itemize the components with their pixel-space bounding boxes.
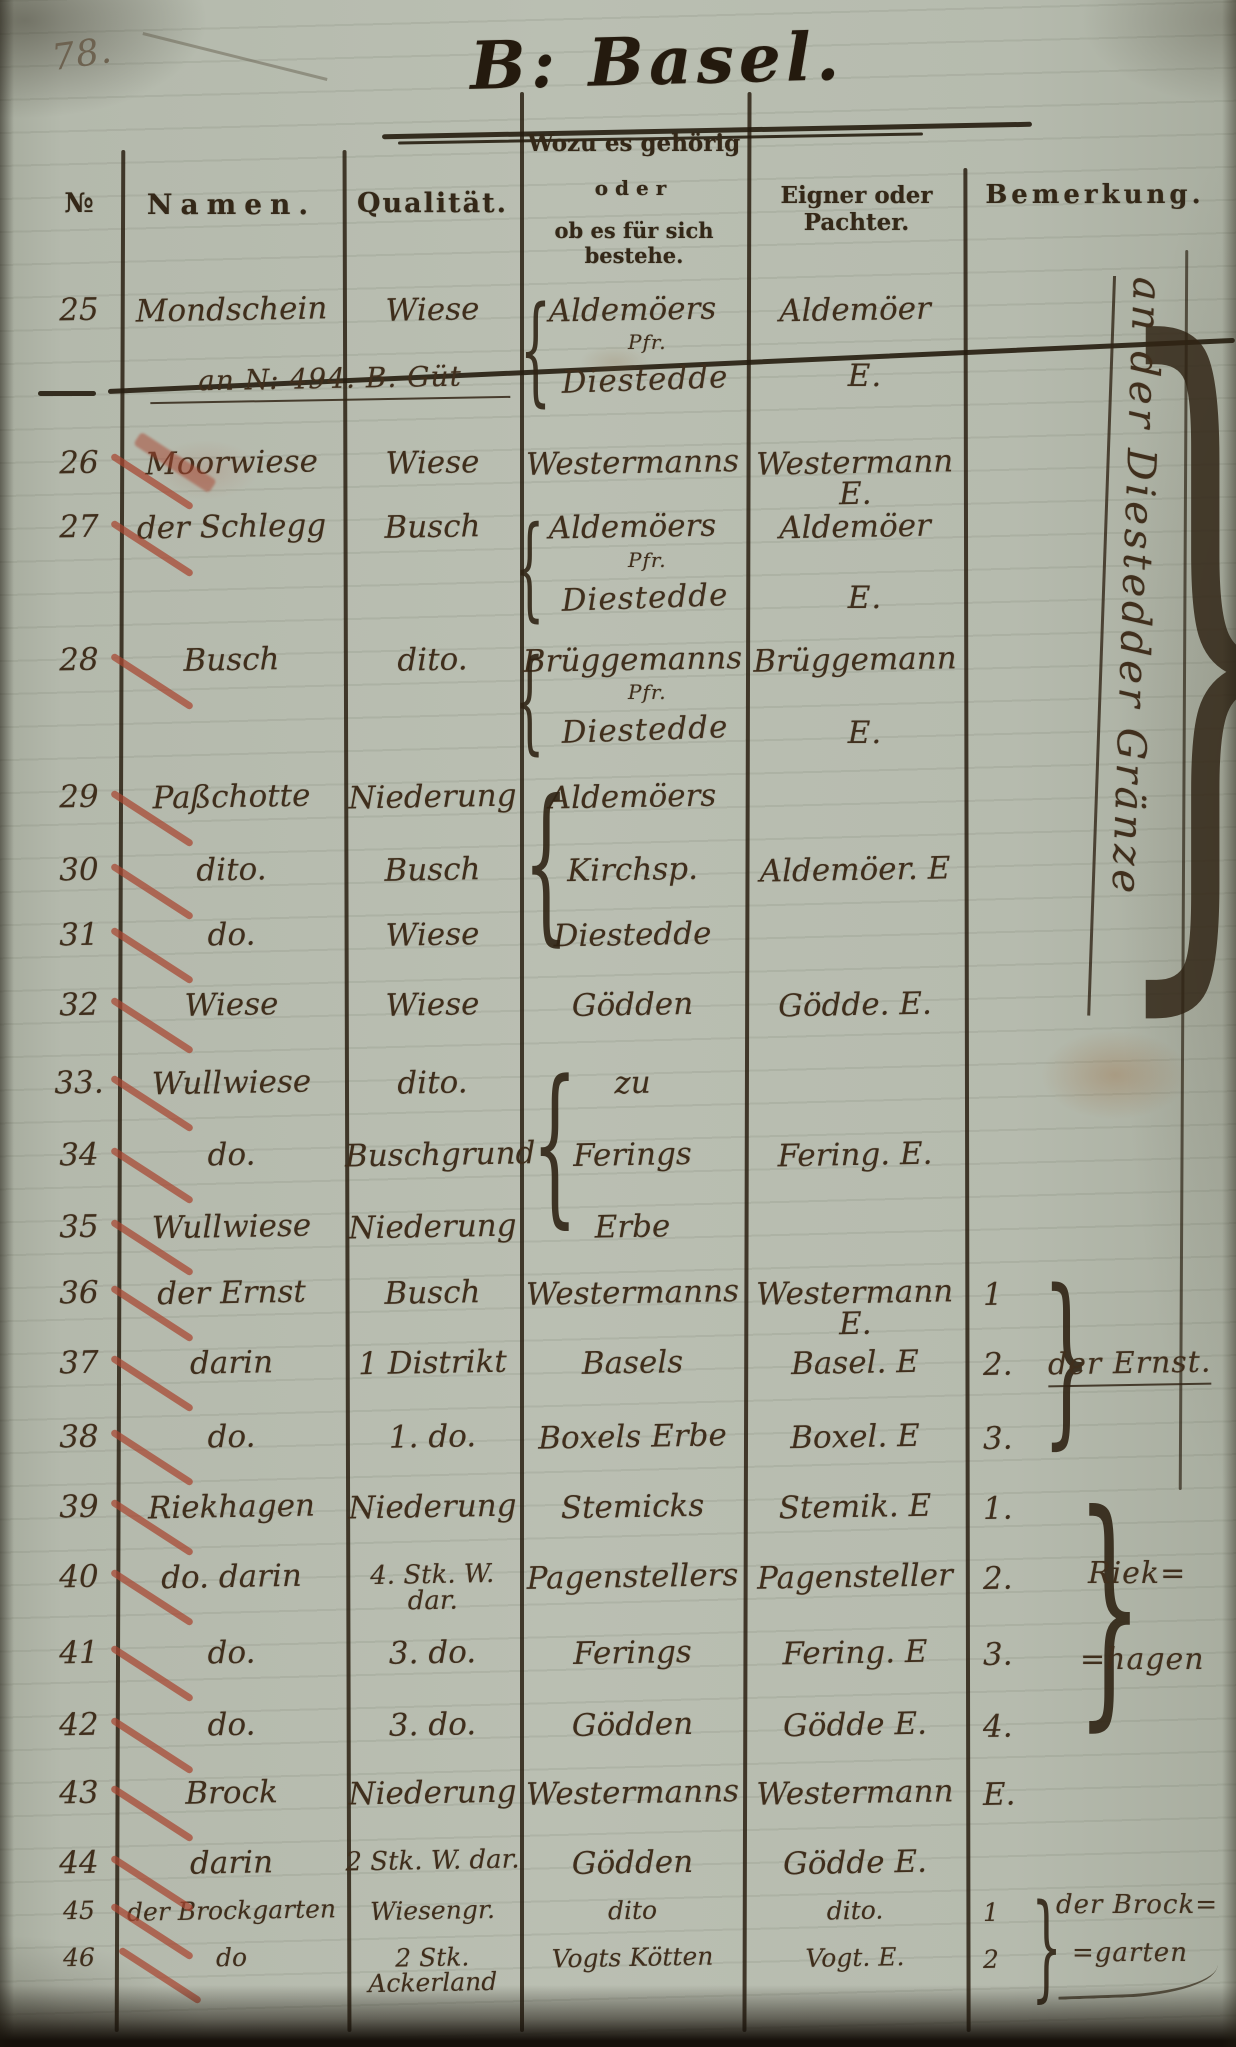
name-cell: Riekhagen [118,1490,346,1525]
row28-belonging-line2: Diestedde [544,709,745,752]
row27-parish-abbrev: Pfr. [628,548,667,572]
owner-cell: Boxel. E [745,1420,966,1455]
owner-cell: Gödde E. [745,1846,966,1881]
owner-cell: Fering. E. [745,1138,966,1173]
name-cell: der Schlegg [118,510,346,545]
owner-cell: Aldemöer [745,510,966,545]
owner-cell: Gödde. E. [745,988,966,1023]
name-cell: Brock [118,1776,346,1811]
row-number: 40 [40,1561,119,1593]
owner-cell [745,918,965,922]
name-cell: Wullwiese [118,1066,346,1101]
name-cell: Wiese [118,988,346,1023]
belonging-cell: Gödden [520,1846,746,1881]
row27-owner-line2: E. [755,580,975,616]
name-cell: Wullwiese [118,1210,346,1245]
header-no: № [40,188,118,219]
quality-cell: dito. [345,1066,521,1100]
owner-cell: Westermann E. [744,1276,965,1342]
quality-cell: Wiese [345,446,521,480]
owner-cell: Aldemöer. E [745,853,966,888]
owner-cell: dito. [745,1896,965,1925]
quality-cell: 2 Stk. W. dar. [345,1846,520,1875]
name-cell: do. [118,918,346,953]
quality-cell: 1 Distrikt [345,1346,521,1380]
row-number: 43 [40,1777,119,1809]
row25-owner-line2: E. [755,358,975,394]
name-cell: darin [118,1846,346,1881]
quality-cell: Wiese [345,988,521,1022]
name-cell: do. darin [118,1560,346,1595]
belonging-cell: Vogts Kötten [520,1943,745,1972]
row-number: 33. [40,1067,119,1099]
riekhagen-label-line2: =hagen [1080,1642,1205,1677]
row-number: 26 [40,447,119,479]
table-row: 43 Brock Niederung Westermanns Westerman… [40,1778,1236,1809]
row-number: 30 [40,854,119,886]
remark-cell [965,1210,1236,1215]
name-cell: Busch [118,643,346,678]
remark-cell [965,1138,1236,1143]
belonging-cell: Stemicks [520,1490,746,1525]
table-row: 35 Wullwiese Niederung Erbe [40,1212,1236,1243]
name-cell: do. [118,1636,346,1671]
quality-cell: Niederung [345,1210,521,1244]
belonging-cell: Gödden [520,1708,746,1743]
name-cell: der Ernst [118,1276,346,1311]
header-quality: Qualität. [345,188,520,219]
owner-cell: Pagensteller [745,1560,966,1595]
name-cell: Mondschein [118,293,346,328]
row-number: 34 [40,1139,119,1171]
brace-riekhagen-group [1030,1482,1189,1732]
belonging-cell: Boxels Erbe [520,1420,746,1455]
quality-cell: Wiesengr. [345,1896,520,1924]
belonging-cell: Basels [520,1346,746,1381]
page-number: 78. [49,30,114,79]
owner-cell: Westermann E. [744,446,965,512]
header-belonging-line1: Wozu es gehörig [523,130,745,157]
brace-rows33-35-group [500,1058,609,1230]
row-number: 44 [40,1847,119,1879]
owner-cell: Aldemöer [745,293,966,328]
owner-cell: Gödde E. [745,1708,966,1743]
belonging-cell: dito [520,1896,745,1925]
row-number: 45 [40,1897,118,1923]
owner-cell: Fering. E [745,1636,966,1671]
name-cell: dito. [118,853,346,888]
quality-cell: 1. do. [345,1420,521,1454]
row25-subnote: an N: 494. B. Güt [150,359,511,404]
owner-cell [745,780,965,784]
ernst-group-label: der Ernst. [1048,1345,1212,1388]
quality-cell: 3. do. [345,1636,521,1670]
page-title: B: Basel. [469,17,845,105]
belonging-cell: Ferings [520,1636,746,1671]
owner-cell [745,1066,965,1070]
owner-cell: Vogt. E. [745,1943,965,1972]
remark-cell [965,1846,1236,1851]
row-number: 25 [40,294,119,326]
row-number: 37 [40,1347,119,1379]
name-cell: do. [118,1138,346,1173]
quality-cell: 3. do. [345,1708,521,1742]
quality-cell: 4. Stk. W. dar. [345,1560,521,1615]
page-right-edge-shadow [1222,0,1236,2047]
quality-cell: Busch [345,1276,521,1310]
brockgarten-label-line2: =garten [1072,1938,1188,1968]
row-number: 27 [40,511,119,543]
row27-belonging-line2: Diestedde [544,577,745,620]
row-number: 31 [40,919,119,951]
rust-stain [580,345,650,379]
belonging-cell: Westermanns [520,1776,746,1811]
name-cell: do. [118,1420,346,1455]
belonging-cell: Westermanns [520,446,746,481]
riekhagen-label-line1: Riek= [1088,1556,1186,1591]
pencil-stroke [142,32,327,81]
row-number: 29 [40,781,119,813]
row-number: 35 [40,1211,119,1243]
row28-owner-line2: E. [755,715,975,751]
name-cell: do. [118,1708,346,1743]
row-number: 28 [40,644,119,676]
row-number: 42 [40,1709,119,1741]
row-number: 46 [40,1944,118,1970]
brace-row27-group [494,512,565,624]
page-left-edge-shadow [0,0,14,2047]
owner-cell: Westermann [745,1776,966,1811]
row-number: 32 [40,989,119,1021]
header-name: Namen. [118,188,345,221]
register-page: 78. B: Basel. № Namen. Qualität. Wozu es… [0,0,1236,2047]
row-number: 38 [40,1421,119,1453]
brace-row28-group [494,645,565,757]
row-number: 39 [40,1491,119,1523]
row-number: 41 [40,1637,119,1669]
header-belonging-line2: oder [523,176,745,200]
header-owner: Eigner oder Pachter. [748,182,965,236]
brockgarten-label-line1: der Brock= [1056,1890,1218,1920]
quality-cell: Niederung [345,1490,521,1524]
name-cell: darin [118,1346,346,1381]
owner-cell: Stemik. E [745,1490,966,1525]
name-cell: der Brockgarten [118,1896,345,1925]
name-cell: Paßchotte [118,780,346,815]
paper-stain [150,440,260,500]
belonging-cell: Pagenstellers [520,1560,746,1595]
header-belonging-line3: ob es für sich bestehe. [523,218,745,268]
owner-cell [745,1210,965,1214]
owner-cell: Brüggemann [745,643,966,678]
rust-stain [1040,1030,1190,1120]
table-row: 44 darin 2 Stk. W. dar. Gödden Gödde E. [40,1848,1236,1879]
belonging-cell: Westermanns [520,1276,746,1311]
brace-rows29-31-group [492,778,600,948]
quality-cell: Niederung [345,1776,521,1810]
page-bottom-edge [0,1985,1236,2047]
owner-cell: Basel. E [745,1346,966,1381]
table-row: 34 do. Buschgrund Ferings Fering. E. [40,1140,1236,1171]
remark-cell: E. [965,1776,1236,1812]
header-separator-dash [38,391,96,396]
belonging-cell: Gödden [520,988,746,1023]
row28-parish-abbrev: Pfr. [628,680,667,704]
quality-cell: Wiese [345,293,521,327]
quality-cell: Buschgrund [345,1138,521,1172]
brace-row25-group [498,290,573,408]
row-number: 36 [40,1277,119,1309]
